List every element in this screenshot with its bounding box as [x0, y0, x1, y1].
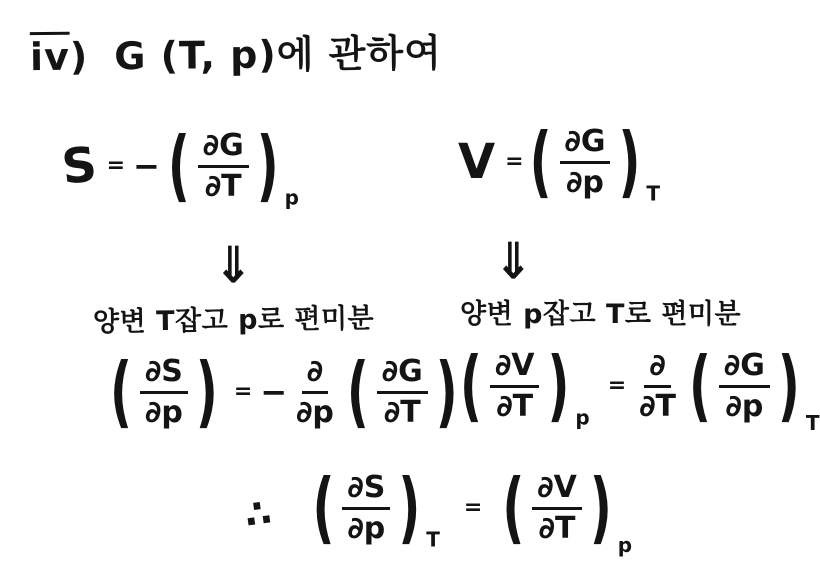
fraction-denominator: ∂T: [379, 394, 426, 429]
left-paren: (: [110, 353, 132, 431]
entropy-definition-equation: S = − ( ∂G ∂T ) p: [62, 130, 299, 202]
fraction-numerator: ∂G: [719, 350, 770, 388]
down-arrow-icon: ⇓: [494, 236, 533, 287]
fraction-numerator: ∂V: [490, 350, 540, 388]
left-paren: (: [460, 347, 482, 425]
partial-derivative-fraction: ∂G ∂p: [719, 350, 770, 422]
partial-derivative-fraction: ∂G ∂T: [377, 356, 428, 428]
volume-definition-equation: V = ( ∂G ∂p ) T: [458, 126, 660, 198]
entropy-symbol: S: [60, 140, 99, 191]
fraction-denominator: ∂p: [291, 394, 339, 429]
annotation-differentiate-wrt-t: 양변 p잡고 T로 편미분: [460, 292, 741, 331]
fraction-numerator: ∂S: [140, 356, 188, 394]
conclusion-maxwell-relation: ∴ ( ∂S ∂p ) T = ( ∂V ∂T ) p: [244, 472, 632, 544]
held-constant-subscript: p: [618, 535, 632, 555]
fraction-numerator: ∂G: [198, 130, 249, 168]
fraction-numerator: ∂G: [377, 356, 428, 394]
held-constant-subscript: T: [806, 413, 820, 433]
held-constant-subscript: T: [646, 184, 660, 204]
partial-derivative-fraction: ∂G ∂p: [560, 126, 611, 198]
equals-sign: =: [608, 375, 624, 397]
held-constant-subscript: p: [575, 408, 589, 428]
right-paren: ): [590, 469, 612, 547]
therefore-symbol: ∴: [242, 493, 273, 534]
fraction-numerator: ∂: [302, 356, 328, 394]
right-paren: ): [398, 469, 420, 547]
right-paren: ): [257, 127, 279, 205]
handwritten-note-page: iv ) G (T, p)에 관하여 S = − ( ∂G ∂T ) p V =…: [0, 0, 820, 563]
right-paren: ): [778, 347, 800, 425]
right-paren: ): [196, 353, 218, 431]
fraction-numerator: ∂: [644, 350, 670, 388]
partial-derivative-fraction: ∂S ∂p: [342, 472, 390, 544]
annotation-differentiate-wrt-p: 양변 T잡고 p로 편미분: [93, 296, 375, 339]
left-paren: (: [312, 469, 334, 547]
left-paren: (: [530, 123, 552, 201]
left-paren: (: [502, 469, 524, 547]
minus-sign: −: [133, 150, 160, 182]
equals-sign: =: [505, 151, 521, 173]
left-paren: (: [168, 127, 190, 205]
fraction-numerator: ∂V: [532, 472, 582, 510]
volume-symbol: V: [458, 138, 495, 186]
equals-sign: =: [234, 381, 250, 403]
equals-sign: =: [464, 497, 480, 519]
fraction-numerator: ∂G: [560, 126, 611, 164]
partial-derivative-fraction: ∂V ∂T: [532, 472, 582, 544]
fraction-denominator: ∂T: [534, 510, 581, 545]
fraction-denominator: ∂p: [721, 388, 769, 423]
fraction-numerator: ∂S: [342, 472, 390, 510]
down-arrow-icon: ⇓: [214, 240, 253, 291]
partial-operator-fraction: ∂ ∂p: [291, 356, 339, 428]
fraction-denominator: ∂T: [634, 388, 681, 423]
right-paren: ): [618, 123, 640, 201]
heading: iv ) G (T, p)에 관하여: [30, 22, 442, 81]
held-constant-subscript: p: [285, 188, 299, 208]
derivation-left-equation: ( ∂S ∂p ) = − ∂ ∂p ( ∂G ∂T ): [112, 356, 456, 428]
fraction-denominator: ∂p: [140, 394, 188, 429]
right-paren: ): [547, 347, 569, 425]
derivation-right-equation: ( ∂V ∂T ) p = ∂ ∂T ( ∂G ∂p ) T: [462, 350, 819, 422]
heading-numeral-paren: ): [70, 35, 89, 79]
held-constant-subscript: T: [426, 530, 440, 550]
left-paren: (: [689, 347, 711, 425]
fraction-denominator: ∂T: [200, 168, 247, 203]
equals-sign: =: [107, 155, 123, 177]
fraction-denominator: ∂p: [342, 510, 390, 545]
minus-sign: −: [260, 376, 287, 408]
heading-title: G (T, p)에 관하여: [114, 22, 442, 80]
partial-derivative-fraction: ∂V ∂T: [490, 350, 540, 422]
heading-roman-numeral: iv: [30, 35, 70, 79]
partial-derivative-fraction: ∂G ∂T: [198, 130, 249, 202]
partial-operator-fraction: ∂ ∂T: [634, 350, 681, 422]
fraction-denominator: ∂T: [491, 388, 538, 423]
left-paren: (: [347, 353, 369, 431]
partial-derivative-fraction: ∂S ∂p: [140, 356, 188, 428]
fraction-denominator: ∂p: [561, 164, 609, 199]
right-paren: ): [436, 353, 458, 431]
